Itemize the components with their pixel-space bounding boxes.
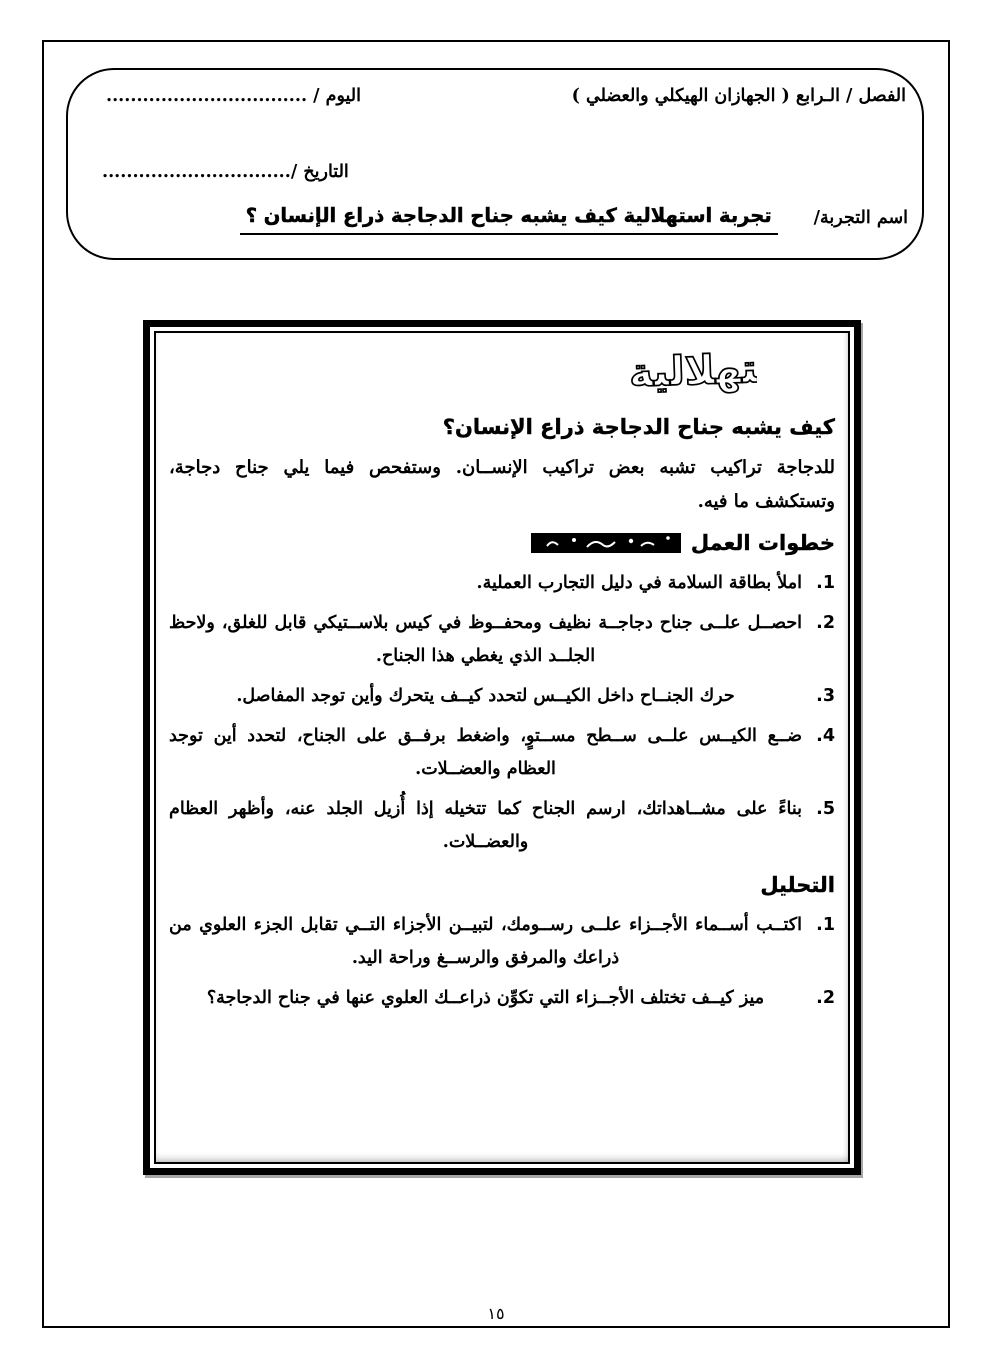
- procedure-step: 1. املأ بطاقة السلامة في دليل التجارب ال…: [169, 567, 835, 600]
- experiment-card: تجربة استهلالية كيف يشبه جناح الدجاجة ذر…: [143, 320, 861, 1175]
- step-number: 1.: [809, 567, 835, 600]
- step-number: 2.: [809, 607, 835, 673]
- page-border-frame: الفصل / الـرابع ( الجهازان الهيكلي والعض…: [42, 40, 950, 1328]
- question-heading: كيف يشبه جناح الدجاجة ذراع الإنسان؟: [169, 415, 835, 439]
- intro-paragraph: للدجاجة تراكيب تشبه بعض تراكيب الإنســان…: [169, 451, 835, 519]
- analysis-item: 2. ميز كيــف تختلف الأجــزاء التي تكوِّن…: [169, 982, 835, 1015]
- procedure-heading: خطوات العمل: [691, 531, 835, 555]
- analysis-text: اكتــب أســماء الأجــزاء علــى رســومك، …: [169, 909, 802, 975]
- experiment-card-inner: تجربة استهلالية كيف يشبه جناح الدجاجة ذر…: [154, 331, 850, 1164]
- experiment-name-row: اسم التجربة/ تجربة استهلالية كيف يشبه جن…: [128, 204, 908, 235]
- step-text: ضــع الكيــس علــى ســطح مســتوٍ، واضغط …: [169, 720, 802, 786]
- calligraphy-title-art: تجربة استهلالية: [357, 339, 757, 407]
- step-text: املأ بطاقة السلامة في دليل التجارب العمل…: [169, 567, 802, 600]
- analysis-number: 2.: [809, 982, 835, 1015]
- header-box: الفصل / الـرابع ( الجهازان الهيكلي والعض…: [66, 68, 924, 260]
- analysis-item: 1. اكتــب أســماء الأجــزاء علــى رســوم…: [169, 909, 835, 975]
- analysis-heading: التحليل: [169, 873, 835, 897]
- step-text: بناءً على مشــاهداتك، ارسم الجناح كما تت…: [169, 793, 802, 859]
- date-fill-in-field: التاريخ /...............................: [102, 162, 349, 182]
- page-number: ١٥: [44, 1304, 948, 1323]
- step-number: 3.: [809, 680, 835, 713]
- decorative-calligraphy-title: تجربة استهلالية: [224, 339, 850, 409]
- procedure-step: 3. حرك الجنــاح داخل الكيــس لتحدد كيــف…: [169, 680, 835, 713]
- step-number: 4.: [809, 720, 835, 786]
- analysis-items-list: 1. اكتــب أســماء الأجــزاء علــى رســوم…: [169, 909, 835, 1015]
- procedure-step: 2. احصــل علــى جناح دجاجــة نظيف ومحفــ…: [169, 607, 835, 673]
- deco-word-istihlaliya: استهلالية: [628, 344, 757, 396]
- day-fill-in-field: اليوم / ................................…: [106, 86, 361, 106]
- experiment-name-title: تجربة استهلالية كيف يشبه جناح الدجاجة ذر…: [240, 204, 778, 235]
- chapter-title: الفصل / الـرابع ( الجهازان الهيكلي والعض…: [572, 86, 906, 106]
- procedure-steps-list: 1. املأ بطاقة السلامة في دليل التجارب ال…: [169, 567, 835, 859]
- step-text: احصــل علــى جناح دجاجــة نظيف ومحفــوظ …: [169, 607, 802, 673]
- step-number: 5.: [809, 793, 835, 859]
- procedure-step: 4. ضــع الكيــس علــى ســطح مســتوٍ، واض…: [169, 720, 835, 786]
- procedure-step: 5. بناءً على مشــاهداتك، ارسم الجناح كما…: [169, 793, 835, 859]
- worksheet-sheet: الفصل / الـرابع ( الجهازان الهيكلي والعض…: [0, 0, 992, 1370]
- experiment-name-label: اسم التجربة/: [814, 204, 908, 228]
- step-text: حرك الجنــاح داخل الكيــس لتحدد كيــف يت…: [169, 680, 802, 713]
- ink-smudge-decoration-icon: [531, 531, 681, 555]
- analysis-number: 1.: [809, 909, 835, 975]
- procedure-heading-row: خطوات العمل: [169, 531, 835, 555]
- analysis-text: ميز كيــف تختلف الأجــزاء التي تكوِّن ذر…: [169, 982, 802, 1015]
- header-row-top: الفصل / الـرابع ( الجهازان الهيكلي والعض…: [106, 86, 906, 106]
